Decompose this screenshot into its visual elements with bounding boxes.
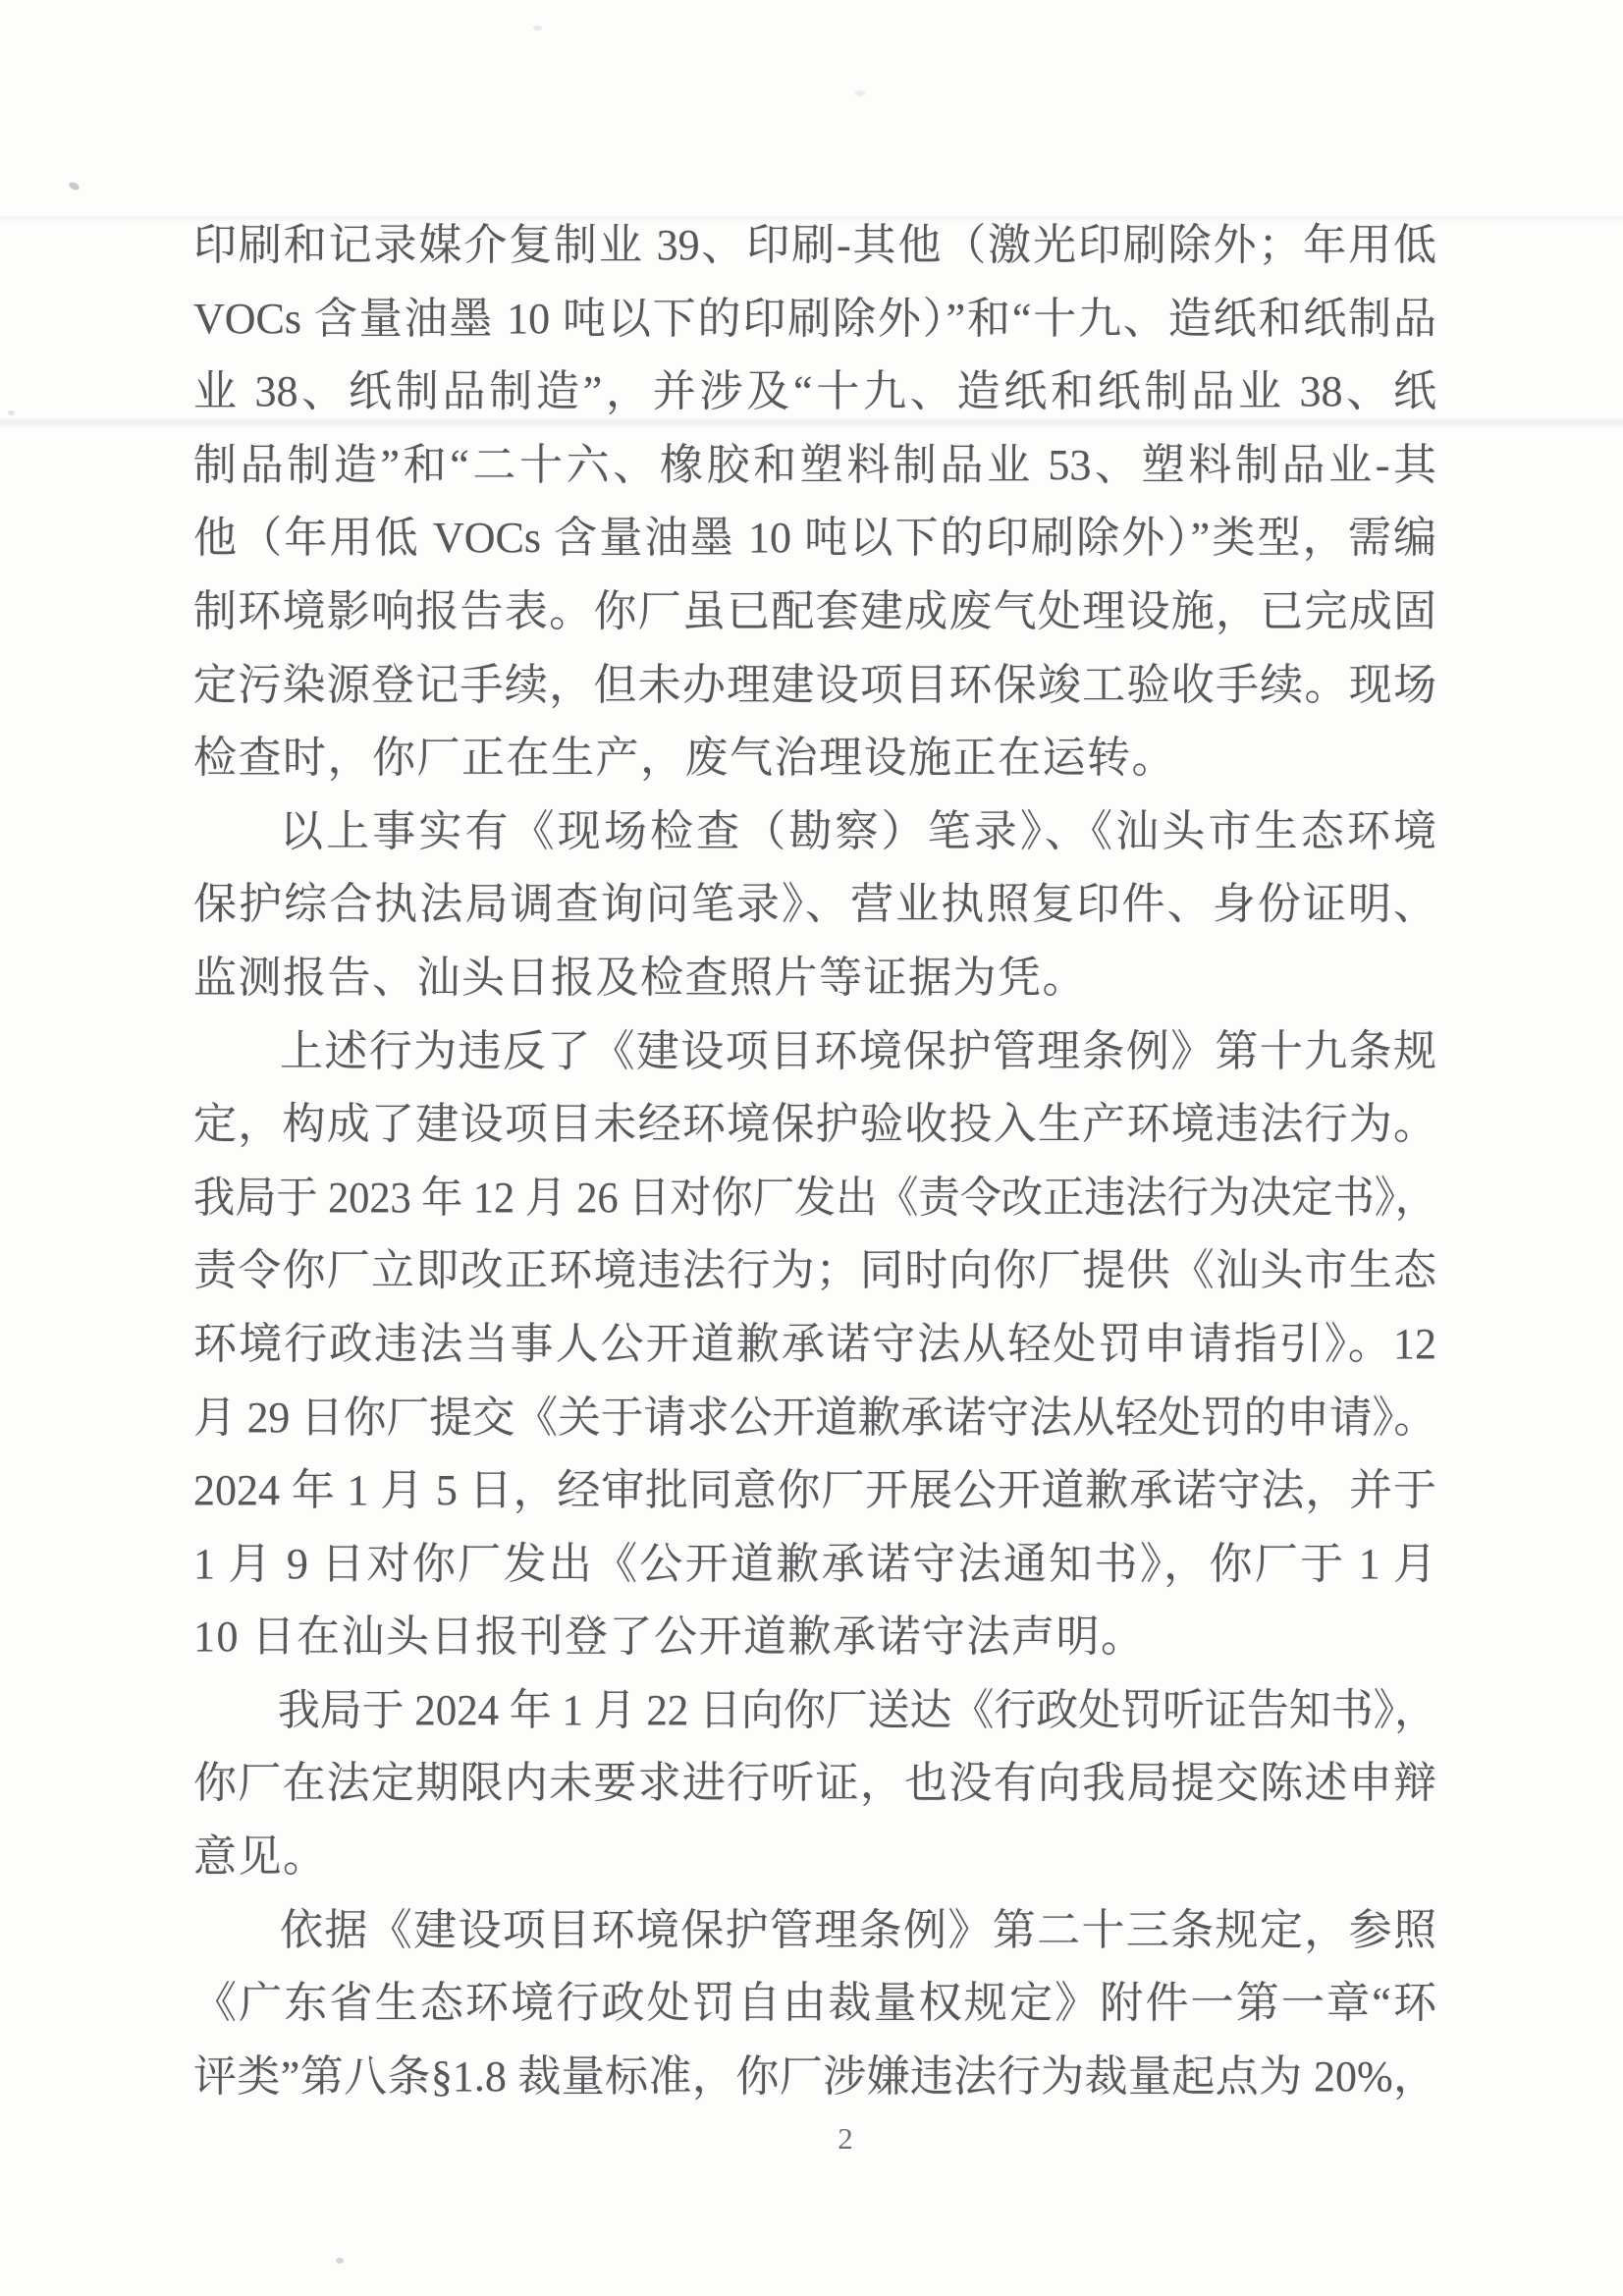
- text-line: VOCs 含量油墨 10 吨以下的印刷除外）”和“十九、造纸和纸制品: [193, 283, 1436, 356]
- text-line: 定，构成了建设项目未经环境保护验收投入生产环境违法行为。: [193, 1088, 1436, 1162]
- text-line: 我局于 2024 年 1 月 22 日向你厂送达《行政处罚听证告知书》，: [193, 1674, 1406, 1748]
- text-line: 制品制造”和“二十六、橡胶和塑料制品业 53、塑料制品业-其: [193, 429, 1436, 503]
- text-line: 意见。: [193, 1821, 1436, 1894]
- scan-speck: [68, 181, 81, 191]
- text-line: 检查时，你厂正在生产，废气治理设施正在运转。: [193, 722, 1436, 795]
- text-line: 10 日在汕头日报刊登了公开道歉承诺守法声明。: [193, 1601, 1436, 1674]
- text-line: 上述行为违反了《建设项目环境保护管理条例》第十九条规: [193, 1015, 1436, 1089]
- scan-speck: [8, 410, 15, 415]
- text-line: 印刷和记录媒介复制业 39、印刷-其他（激光印刷除外；年用低: [193, 209, 1436, 283]
- page-number: 2: [811, 2121, 880, 2157]
- text-line: 监测报告、汕头日报及检查照片等证据为凭。: [193, 942, 1436, 1015]
- text-line: 评类”第八条§1.8 裁量标准，你厂涉嫌违法行为裁量起点为 20%，: [193, 2041, 1436, 2114]
- text-line: 保护综合执法局调查询问笔录》、营业执照复印件、身份证明、: [193, 868, 1436, 942]
- text-line: 定污染源登记手续，但未办理建设项目环保竣工验收手续。现场: [193, 649, 1436, 723]
- text-line: 他（年用低 VOCs 含量油墨 10 吨以下的印刷除外）”类型，需编: [193, 502, 1436, 575]
- scan-speck: [855, 90, 865, 96]
- text-line: 以上事实有《现场检查（勘察）笔录》、《汕头市生态环境: [193, 795, 1436, 869]
- text-line: 环境行政违法当事人公开道歉承诺守法从轻处罚申请指引》。12: [193, 1308, 1436, 1382]
- document-page: 印刷和记录媒介复制业 39、印刷-其他（激光印刷除外；年用低VOCs 含量油墨 …: [0, 0, 1623, 2296]
- text-line: 月 29 日你厂提交《关于请求公开道歉承诺守法从轻处罚的申请》。: [193, 1382, 1427, 1455]
- text-line: 业 38、纸制品制造”，并涉及“十九、造纸和纸制品业 38、纸: [193, 355, 1436, 429]
- text-line: 依据《建设项目环境保护管理条例》第二十三条规定，参照: [193, 1894, 1436, 1968]
- text-line: 制环境影响报告表。你厂虽已配套建成废气处理设施，已完成固: [193, 575, 1436, 649]
- text-line: 1 月 9 日对你厂发出《公开道歉承诺守法通知书》，你厂于 1 月: [193, 1528, 1436, 1602]
- scan-speck: [533, 26, 542, 30]
- text-line: 你厂在法定期限内未要求进行听证，也没有向我局提交陈述申辩: [193, 1747, 1436, 1821]
- text-line: 2024 年 1 月 5 日，经审批同意你厂开展公开道歉承诺守法，并于: [193, 1454, 1436, 1528]
- text-line: 责令你厂立即改正环境违法行为；同时向你厂提供《汕头市生态: [193, 1234, 1436, 1308]
- document-body: 印刷和记录媒介复制业 39、印刷-其他（激光印刷除外；年用低VOCs 含量油墨 …: [193, 209, 1436, 2113]
- text-line: 《广东省生态环境行政处罚自由裁量权规定》附件一第一章“环: [193, 1967, 1436, 2041]
- scan-speck: [336, 2258, 344, 2264]
- text-line: 我局于 2023 年 12 月 26 日对你厂发出《责令改正违法行为决定书》，: [193, 1162, 1385, 1235]
